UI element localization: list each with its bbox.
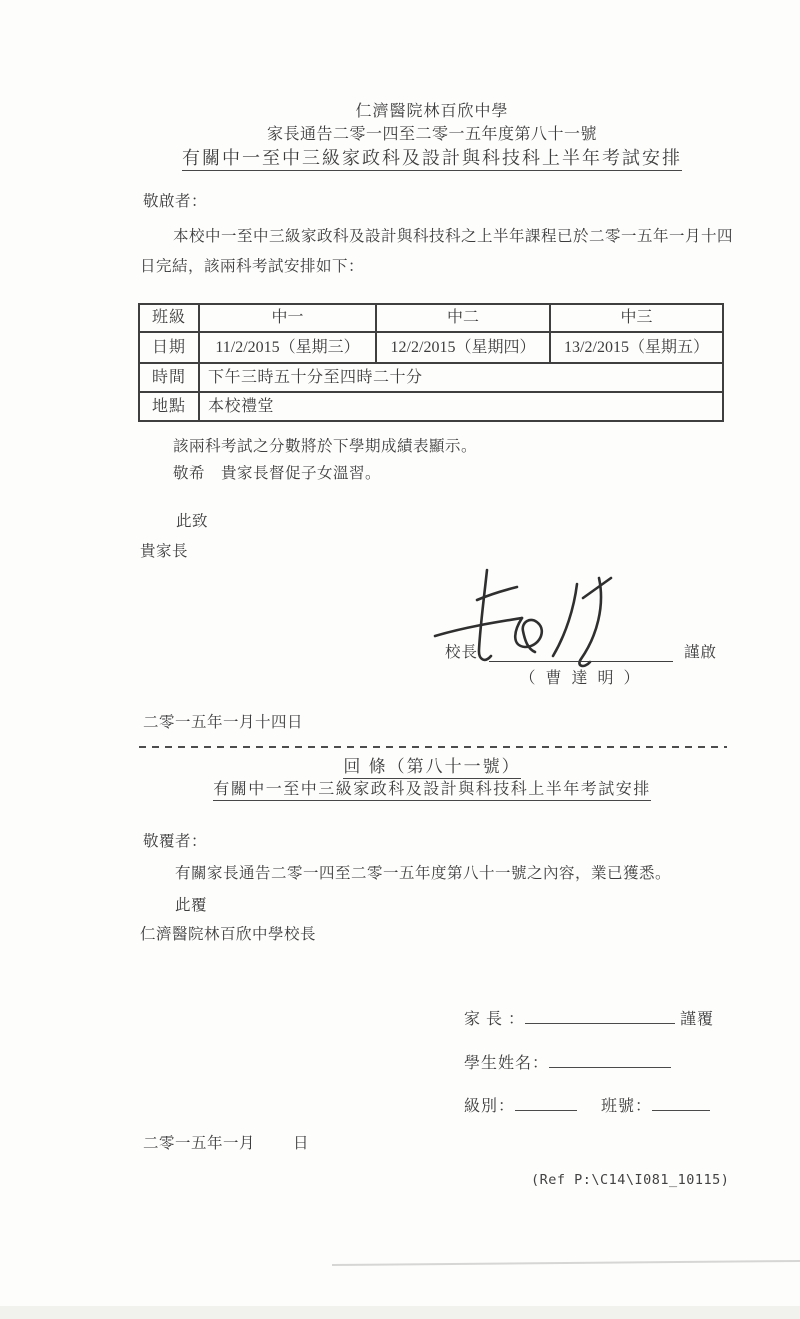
reply-subject-wrap: 有關中一至中三級家政科及設計與科技科上半年考試安排 bbox=[140, 782, 724, 798]
parent-honorific: 謹覆 bbox=[680, 1011, 714, 1028]
reply-date-prefix: 二零一五年一月 bbox=[143, 1135, 255, 1152]
reply-closing: 此覆 bbox=[175, 898, 207, 914]
row-label-date: 日期 bbox=[139, 332, 199, 363]
class-label: 級別： bbox=[464, 1098, 515, 1115]
closing-phrase: 此致 bbox=[176, 514, 208, 530]
cell-venue: 本校禮堂 bbox=[199, 392, 723, 421]
notice-number: 家長通告二零一四至二零一五年度第八十一號 bbox=[140, 127, 724, 143]
principal-name: （ 曹 達 明 ） bbox=[489, 671, 673, 687]
parent-signature-line bbox=[525, 1008, 675, 1024]
reply-title: 回 條（第八十一號） bbox=[343, 757, 520, 779]
table-row-venue: 地點 本校禮堂 bbox=[139, 392, 723, 421]
cell-date-form1: 11/2/2015（星期三） bbox=[199, 332, 376, 363]
cell-form2: 中二 bbox=[376, 304, 550, 332]
class-field-row: 級別：班號： bbox=[464, 1095, 710, 1115]
student-name-line bbox=[549, 1052, 671, 1068]
signature-line bbox=[489, 661, 673, 662]
salutation: 敬啟者： bbox=[143, 194, 207, 210]
reply-salutation: 敬覆者： bbox=[143, 834, 207, 850]
row-label-venue: 地點 bbox=[139, 392, 199, 421]
notice-subject: 有關中一至中三級家政科及設計與科技科上半年考試安排 bbox=[182, 148, 682, 171]
reply-body: 有關家長通告二零一四至二零一五年度第八十一號之內容，業已獲悉。 bbox=[175, 866, 671, 882]
reply-subject: 有關中一至中三級家政科及設計與科技科上半年考試安排 bbox=[213, 781, 651, 801]
reply-date-day-suffix: 日 bbox=[293, 1135, 309, 1152]
body-line-2: 日完結，該兩科考試安排如下： bbox=[140, 259, 364, 275]
revision-note: 敬希 貴家長督促子女溫習。 bbox=[173, 466, 381, 482]
table-row-time: 時間 下午三時五十分至四時二十分 bbox=[139, 363, 723, 392]
cell-date-form2: 12/2/2015（星期四） bbox=[376, 332, 550, 363]
row-label-class: 班級 bbox=[139, 304, 199, 332]
reference-number: (Ref P:\C14\I081_10115) bbox=[531, 1174, 729, 1188]
exam-table: 班級 中一 中二 中三 日期 11/2/2015（星期三） 12/2/2015（… bbox=[138, 303, 724, 422]
closing-addressee: 貴家長 bbox=[140, 544, 188, 560]
principal-honorific: 謹啟 bbox=[684, 645, 717, 661]
student-field-row: 學生姓名： bbox=[464, 1052, 671, 1072]
principal-role-label: 校長 bbox=[445, 645, 478, 661]
table-row-date: 日期 11/2/2015（星期三） 12/2/2015（星期四） 13/2/20… bbox=[139, 332, 723, 363]
cell-form3: 中三 bbox=[550, 304, 723, 332]
row-label-time: 時間 bbox=[139, 363, 199, 392]
cell-form1: 中一 bbox=[199, 304, 376, 332]
notice-subject-wrap: 有關中一至中三級家政科及設計與科技科上半年考試安排 bbox=[140, 149, 724, 168]
school-name: 仁濟醫院林百欣中學 bbox=[140, 104, 724, 120]
class-number-label: 班號： bbox=[601, 1098, 652, 1115]
scanned-notice-page: 仁濟醫院林百欣中學 家長通告二零一四至二零一五年度第八十一號 有關中一至中三級家… bbox=[0, 0, 800, 1319]
result-note: 該兩科考試之分數將於下學期成績表顯示。 bbox=[173, 439, 477, 455]
cell-time: 下午三時五十分至四時二十分 bbox=[199, 363, 723, 392]
parent-field-row: 家 長 ： 謹覆 bbox=[464, 1008, 714, 1028]
scan-edge-strip bbox=[0, 1306, 800, 1319]
body-line-1: 本校中一至中三級家政科及設計與科技科之上半年課程已於二零一五年一月十四 bbox=[173, 229, 733, 245]
class-line bbox=[515, 1095, 577, 1111]
parent-field-label: 家 長 ： bbox=[464, 1011, 525, 1028]
reply-title-wrap: 回 條（第八十一號） bbox=[140, 758, 724, 776]
reply-addressee: 仁濟醫院林百欣中學校長 bbox=[140, 927, 316, 943]
table-row-class: 班級 中一 中二 中三 bbox=[139, 304, 723, 332]
class-number-line bbox=[652, 1095, 710, 1111]
cell-date-form3: 13/2/2015（星期五） bbox=[550, 332, 723, 363]
reply-date-row: 二零一五年一月日 bbox=[143, 1136, 309, 1152]
student-name-label: 學生姓名： bbox=[464, 1055, 549, 1072]
scan-artifact-line bbox=[332, 1260, 800, 1266]
notice-date: 二零一五年一月十四日 bbox=[143, 715, 303, 731]
tear-off-line bbox=[139, 746, 727, 748]
